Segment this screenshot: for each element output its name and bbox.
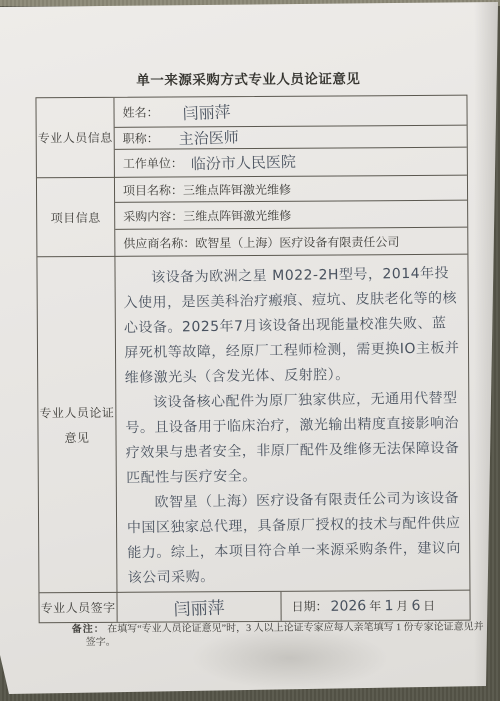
handwritten-signature: 闫丽萍 — [173, 593, 225, 620]
date-year-value: 2026 — [330, 597, 366, 614]
field-name-label: 姓名： — [122, 104, 158, 121]
field-procurement-content-label: 采购内容： — [123, 207, 183, 224]
scanned-document-photo: 单一来源采购方式专业人员论证意见 专业人员信息 姓名： 闫丽萍 职称： 主治医师… — [0, 0, 500, 701]
date-day-value: 6 — [411, 597, 420, 613]
form-title: 单一来源采购方式专业人员论证意见 — [0, 66, 498, 89]
opinion-paragraph-1: 该设备为欧洲之星 M022-2H型号，2014年投入使用，是医美科治疗瘢痕、痘坑… — [123, 261, 462, 391]
signature-cell: 闫丽萍 — [117, 592, 281, 622]
date-day-suffix: 日 — [423, 597, 435, 614]
signature-label: 专业人员签字 — [39, 593, 117, 622]
field-job-title: 职称： 主治医师 — [115, 126, 467, 150]
field-job-title-value: 主治医师 — [178, 126, 239, 149]
date-label: 日期： — [292, 598, 328, 615]
footer-note: 备注： 在填写“专业人员论证意见”时，3 人以上论证专家应每人亲笔填写 1 份专… — [72, 622, 486, 650]
date-month-value: 1 — [384, 598, 393, 614]
field-procurement-content: 采购内容： 三维点阵铒激光维修 — [115, 201, 467, 230]
footer-note-body: 在填写“专业人员论证意见”时，3 人以上论证专家应每人亲笔填写 1 份专家论证意… — [86, 622, 484, 648]
field-project-name-label: 项目名称： — [123, 181, 183, 198]
handwritten-opinion: 该设备为欧洲之星 M022-2H型号，2014年投入使用，是医美科治疗瘢痕、痘坑… — [123, 261, 465, 591]
date-cell: 日期： 2026 年 1 月 6 日 — [281, 591, 469, 621]
opinion-paragraph-2: 该设备核心配件为原厂独家供应，无通用代替型号。且设备用于临床治疗，激光输出精度直… — [125, 386, 463, 491]
section-label-opinion: 专业人员论证 意见 — [37, 257, 117, 593]
section-label-personnel: 专业人员信息 — [36, 98, 114, 178]
opinion-paragraph-3: 欧智星（上海）医疗设备有限责任公司为该设备中国区独家总代理，具备原厂授权的技术与… — [126, 486, 464, 591]
form-content: 单一来源采购方式专业人员论证意见 专业人员信息 姓名： 闫丽萍 职称： 主治医师… — [0, 0, 500, 701]
field-name-value: 闫丽萍 — [182, 99, 231, 124]
field-supplier-name-label: 供应商名称： — [123, 234, 195, 251]
field-job-title-label: 职称： — [123, 130, 159, 147]
date-year-suffix: 年 — [369, 597, 381, 614]
field-work-unit-value: 临汾市人民医院 — [191, 151, 296, 174]
field-supplier-name: 供应商名称： 欧智星（上海）医疗设备有限责任公司 — [115, 228, 467, 257]
field-work-unit: 工作单位： 临汾市人民医院 — [115, 148, 467, 178]
date-month-suffix: 月 — [396, 597, 408, 614]
field-procurement-content-value: 三维点阵铒激光维修 — [183, 206, 291, 224]
section-label-opinion-line1: 专业人员论证 — [39, 403, 114, 420]
field-work-unit-label: 工作单位： — [123, 154, 183, 171]
opinion-cell: 该设备为欧洲之星 M022-2H型号，2014年投入使用，是医美科治疗瘢痕、痘坑… — [115, 255, 469, 593]
field-supplier-name-value: 欧智星（上海）医疗设备有限责任公司 — [195, 233, 399, 251]
form-table: 专业人员信息 姓名： 闫丽萍 职称： 主治医师 工作单位： 临汾市人民医院 项目… — [35, 95, 470, 624]
field-project-name: 项目名称： 三维点阵铒激光维修 — [115, 176, 467, 203]
section-label-opinion-line2: 意见 — [64, 428, 89, 445]
section-label-project: 项目信息 — [37, 178, 115, 257]
field-project-name-value: 三维点阵铒激光维修 — [183, 180, 291, 198]
field-name: 姓名： 闫丽萍 — [114, 96, 466, 128]
footer-note-label: 备注： — [72, 624, 105, 635]
signature-row: 闫丽萍 日期： 2026 年 1 月 6 日 — [117, 591, 469, 622]
